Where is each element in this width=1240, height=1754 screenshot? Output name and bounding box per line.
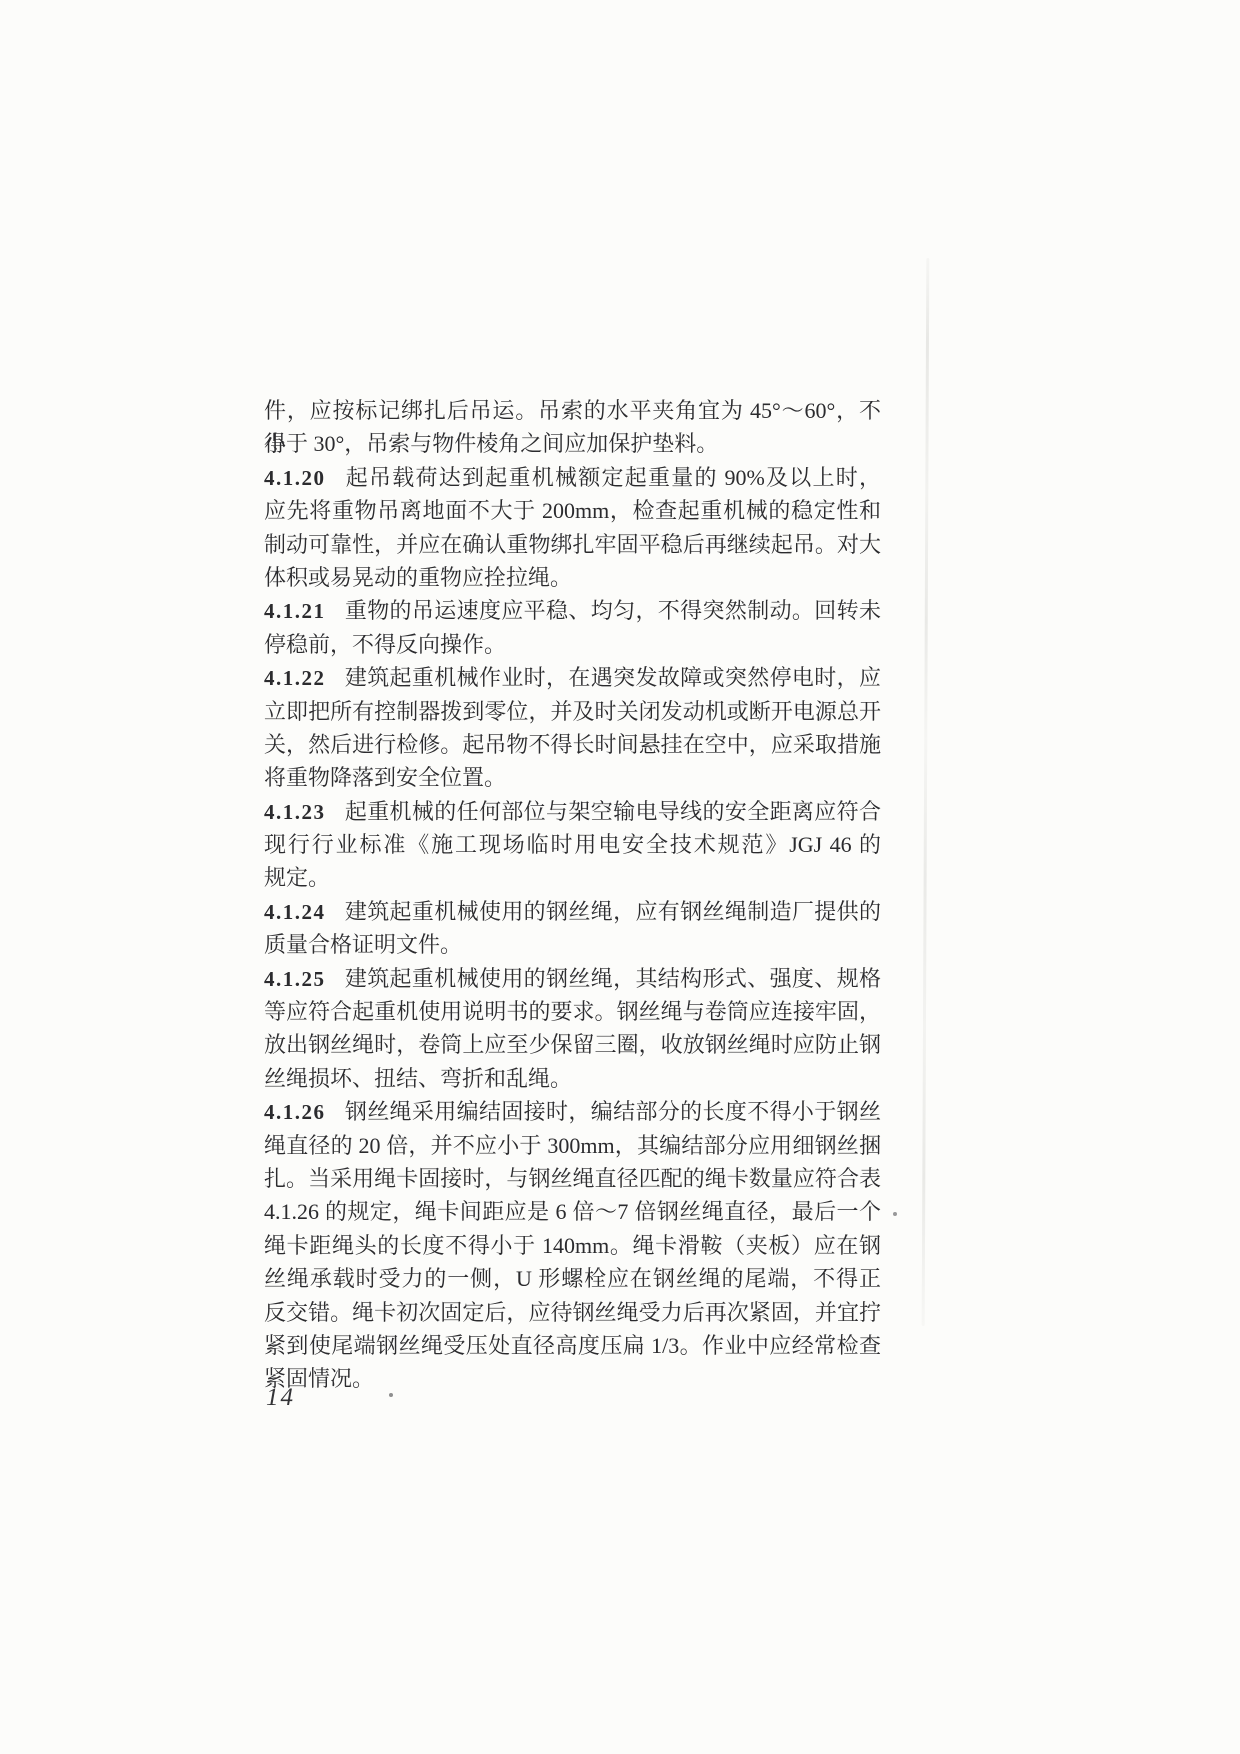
text-line: 质量合格证明文件。 (264, 928, 881, 961)
text-line: 应先将重物吊离地面不大于 200mm，检查起重机械的稳定性和 (264, 494, 881, 527)
clause-number: 4.1.23 (264, 800, 326, 824)
text-line: 规定。 (264, 861, 881, 894)
text-line: 等应符合起重机使用说明书的要求。钢丝绳与卷筒应连接牢固， (264, 995, 881, 1028)
line-text: 重物的吊运速度应平稳、均匀，不得突然制动。回转未 (345, 598, 882, 623)
line-text: 反交错。绳卡初次固定后，应待钢丝绳受力后再次紧固，并宜拧 (264, 1300, 881, 1325)
text-line: 4.1.20起吊载荷达到起重机械额定起重量的 90%及以上时， (264, 461, 881, 494)
text-line: 将重物降落到安全位置。 (264, 761, 881, 794)
line-text: 钢丝绳采用编结固接时，编结部分的长度不得小于钢丝 (345, 1099, 882, 1124)
ink-speck (389, 1393, 393, 1397)
line-text: 绳卡距绳头的长度不得小于 140mm。绳卡滑鞍（夹板）应在钢 (264, 1233, 881, 1258)
line-text: 4.1.26 的规定，绳卡间距应是 6 倍～7 倍钢丝绳直径，最后一个 (264, 1199, 881, 1224)
ink-speck (893, 1212, 897, 1216)
line-text: 规定。 (264, 865, 330, 890)
line-text: 起重机械的任何部位与架空输电导线的安全距离应符合 (345, 799, 882, 824)
line-text: 将重物降落到安全位置。 (264, 765, 506, 790)
text-line: 件，应按标记绑扎后吊运。吊索的水平夹角宜为 45°～60°，不得 (264, 394, 881, 427)
scan-crease-artifact (922, 258, 930, 1326)
text-line: 制动可靠性，并应在确认重物绑扎牢固平稳后再继续起吊。对大 (264, 528, 881, 561)
clause-number: 4.1.26 (264, 1100, 326, 1124)
line-text: 体积或易晃动的重物应拴拉绳。 (264, 565, 572, 590)
text-line: 4.1.26 的规定，绳卡间距应是 6 倍～7 倍钢丝绳直径，最后一个 (264, 1195, 881, 1228)
text-block: 件，应按标记绑扎后吊运。吊索的水平夹角宜为 45°～60°，不得小于 30°，吊… (264, 394, 881, 1396)
text-line: 丝绳损坏、扭结、弯折和乱绳。 (264, 1062, 881, 1095)
text-line: 扎。当采用绳卡固接时，与钢丝绳直径匹配的绳卡数量应符合表 (264, 1162, 881, 1195)
line-text: 小于 30°，吊索与物件棱角之间应加保护垫料。 (264, 431, 718, 456)
page-number: 14 (266, 1384, 295, 1412)
line-text: 停稳前，不得反向操作。 (264, 632, 506, 657)
line-text: 质量合格证明文件。 (264, 932, 462, 957)
text-line: 4.1.25建筑起重机械使用的钢丝绳，其结构形式、强度、规格 (264, 962, 881, 995)
text-line: 立即把所有控制器拨到零位，并及时关闭发动机或断开电源总开 (264, 695, 881, 728)
line-text: 建筑起重机械使用的钢丝绳，其结构形式、强度、规格 (345, 966, 882, 991)
text-line: 4.1.22建筑起重机械作业时，在遇突发故障或突然停电时，应 (264, 661, 881, 694)
clause-number: 4.1.21 (264, 599, 326, 623)
line-text: 起吊载荷达到起重机械额定起重量的 90%及以上时， (345, 465, 882, 490)
text-line: 关，然后进行检修。起吊物不得长时间悬挂在空中，应采取措施 (264, 728, 881, 761)
scanned-document-page: 件，应按标记绑扎后吊运。吊索的水平夹角宜为 45°～60°，不得小于 30°，吊… (0, 0, 1240, 1754)
text-line: 紧固情况。 (264, 1362, 881, 1395)
text-line: 绳直径的 20 倍，并不应小于 300mm，其编结部分应用细钢丝捆 (264, 1129, 881, 1162)
line-text: 现行行业标准《施工现场临时用电安全技术规范》JGJ 46 的 (264, 832, 881, 857)
line-text: 建筑起重机械作业时，在遇突发故障或突然停电时，应 (345, 665, 882, 690)
clause-number: 4.1.24 (264, 900, 326, 924)
line-text: 放出钢丝绳时，卷筒上应至少保留三圈，收放钢丝绳时应防止钢 (264, 1032, 881, 1057)
line-text: 等应符合起重机使用说明书的要求。钢丝绳与卷筒应连接牢固， (264, 999, 881, 1024)
text-line: 4.1.23起重机械的任何部位与架空输电导线的安全距离应符合 (264, 795, 881, 828)
line-text: 丝绳损坏、扭结、弯折和乱绳。 (264, 1066, 572, 1091)
text-line: 小于 30°，吊索与物件棱角之间应加保护垫料。 (264, 427, 881, 460)
line-text: 绳直径的 20 倍，并不应小于 300mm，其编结部分应用细钢丝捆 (264, 1133, 881, 1158)
text-line: 紧到使尾端钢丝绳受压处直径高度压扁 1/3。作业中应经常检查 (264, 1329, 881, 1362)
line-text: 紧到使尾端钢丝绳受压处直径高度压扁 1/3。作业中应经常检查 (264, 1333, 881, 1358)
line-text: 立即把所有控制器拨到零位，并及时关闭发动机或断开电源总开 (264, 699, 881, 724)
line-text: 应先将重物吊离地面不大于 200mm，检查起重机械的稳定性和 (264, 498, 881, 523)
line-text: 关，然后进行检修。起吊物不得长时间悬挂在空中，应采取措施 (264, 732, 881, 757)
text-line: 4.1.24建筑起重机械使用的钢丝绳，应有钢丝绳制造厂提供的 (264, 895, 881, 928)
text-line: 反交错。绳卡初次固定后，应待钢丝绳受力后再次紧固，并宜拧 (264, 1296, 881, 1329)
line-text: 建筑起重机械使用的钢丝绳，应有钢丝绳制造厂提供的 (345, 899, 882, 924)
clause-number: 4.1.25 (264, 967, 326, 991)
line-text: 制动可靠性，并应在确认重物绑扎牢固平稳后再继续起吊。对大 (264, 532, 881, 557)
text-line: 丝绳承载时受力的一侧，U 形螺栓应在钢丝绳的尾端，不得正 (264, 1262, 881, 1295)
text-line: 体积或易晃动的重物应拴拉绳。 (264, 561, 881, 594)
text-line: 4.1.21重物的吊运速度应平稳、均匀，不得突然制动。回转未 (264, 594, 881, 627)
text-line: 现行行业标准《施工现场临时用电安全技术规范》JGJ 46 的 (264, 828, 881, 861)
line-text: 扎。当采用绳卡固接时，与钢丝绳直径匹配的绳卡数量应符合表 (264, 1166, 881, 1191)
line-text: 丝绳承载时受力的一侧，U 形螺栓应在钢丝绳的尾端，不得正 (264, 1266, 881, 1291)
clause-number: 4.1.20 (264, 466, 326, 490)
text-line: 绳卡距绳头的长度不得小于 140mm。绳卡滑鞍（夹板）应在钢 (264, 1229, 881, 1262)
text-line: 停稳前，不得反向操作。 (264, 628, 881, 661)
text-line: 4.1.26钢丝绳采用编结固接时，编结部分的长度不得小于钢丝 (264, 1095, 881, 1128)
text-line: 放出钢丝绳时，卷筒上应至少保留三圈，收放钢丝绳时应防止钢 (264, 1028, 881, 1061)
clause-number: 4.1.22 (264, 666, 326, 690)
